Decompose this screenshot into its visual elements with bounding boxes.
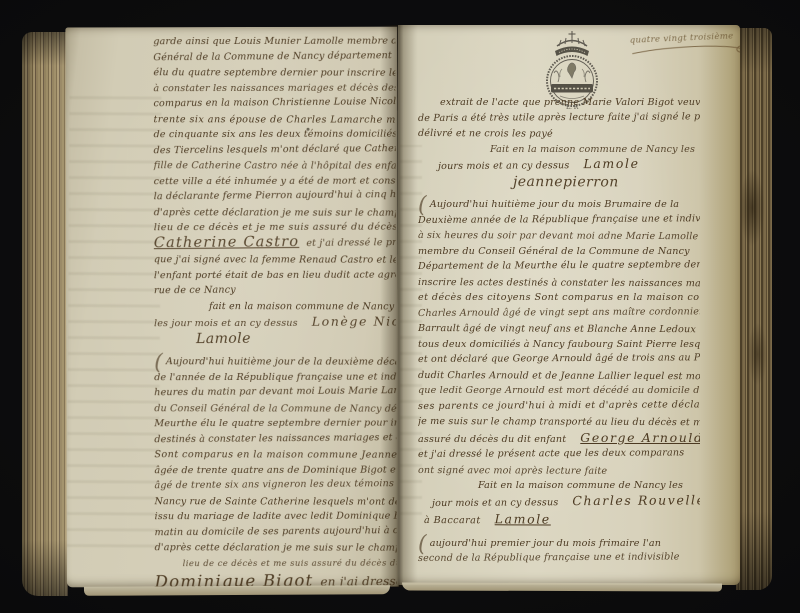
manuscript-line: jeannepierron (513, 175, 700, 191)
manuscript-line: ses parents ce jourd'hui à midi et d'apr… (418, 397, 700, 414)
manuscript-scan: garde ainsi que Louis Munier Lamolle mem… (0, 0, 800, 613)
manuscript-line: que j'ai signé avec la femme Renaud Cast… (154, 252, 396, 268)
manuscript-line: Aujourd'hui huitième jour de la deuxième… (154, 354, 396, 370)
manuscript-line: Général de la Commune de Nancy départeme… (153, 48, 395, 66)
right-page-text: extrait de l'acte que prenne Marie Valor… (418, 95, 700, 585)
manuscript-line: destinés à constater les naissances mari… (154, 430, 396, 448)
manuscript-line: des Tiercelins lesquels m'ont déclaré qu… (154, 141, 396, 159)
manuscript-page-left: garde ainsi que Louis Munier Lamolle mem… (65, 27, 398, 588)
manuscript-line: extrait de l'acte que prenne Marie Valor… (440, 95, 700, 111)
manuscript-line: lieu de ce décès et me suis assuré du dé… (183, 555, 397, 571)
manuscript-line: dudit Charles Arnould et de Jeanne Lalli… (418, 368, 700, 385)
ink-bleed-through (67, 87, 162, 558)
manuscript-line: fille de Catherine Castro née à l'hôpita… (154, 158, 396, 174)
under-page-edge-right (402, 582, 722, 591)
book-page-edges-left (22, 32, 68, 596)
manuscript-line: les jour mois et an cy dessusLonège Nico… (154, 314, 396, 332)
manuscript-line: Aujourd'hui huitième jour du mois Brumai… (418, 197, 700, 213)
manuscript-line: second de la République française une et… (418, 549, 700, 566)
manuscript-line: issu du mariage de ladite avec ledit Dom… (155, 509, 397, 525)
manuscript-line: d'après cette déclaration je me suis sur… (154, 205, 396, 221)
manuscript-line: trente six ans épouse de Charles Lamarch… (153, 112, 395, 128)
manuscript-line: rue de ce Nancy (154, 281, 396, 299)
manuscript-line: jours mois et an cy dessusLamole (438, 155, 700, 174)
manuscript-line: fait en la maison commune de Nancy (209, 299, 396, 315)
manuscript-line: Meurthe élu le quatre septembre dernier … (154, 416, 396, 432)
manuscript-line: heures du matin par devant moi Louis Mar… (154, 383, 396, 401)
manuscript-line: de Paris a été très utile après lecture … (418, 109, 700, 126)
folio-annotation: quatre vingt troisième (630, 30, 740, 60)
manuscript-line: Catherine Castroet j'ai dressé le présen… (154, 234, 396, 253)
manuscript-line: ont signé avec moi après lecture faite (418, 463, 700, 480)
manuscript-line: garde ainsi que Louis Munier Lamolle mem… (153, 34, 395, 50)
manuscript-line: inscrire les actes destinés à constater … (418, 275, 700, 292)
manuscript-line: Lamole (196, 330, 396, 347)
left-page-text: garde ainsi que Louis Munier Lamolle mem… (153, 34, 396, 588)
manuscript-line: la déclarante ferme Pierron aujourd'hui … (154, 187, 396, 205)
manuscript-line: Nancy rue de Sainte Catherine lesquels m… (154, 494, 396, 510)
manuscript-line: à BaccaratLamole (424, 511, 700, 530)
manuscript-line: comparus en la maison Christienne Louise… (153, 94, 395, 112)
manuscript-line: du Conseil Général de la Commune de Nanc… (154, 401, 396, 417)
manuscript-line: assuré du décès du dit enfantGeorge Arno… (418, 430, 700, 448)
manuscript-line: jour mois et an cy dessusCharles Rouvell… (432, 492, 700, 511)
manuscript-line: âgé de trente six ans vigneron les deux … (154, 476, 396, 494)
manuscript-line: délivré et ne crois les payé (418, 126, 700, 143)
manuscript-line: élu du quatre septembre dernier pour ins… (153, 65, 395, 81)
manuscript-line: et ont déclaré que George Arnould âgé de… (418, 350, 700, 367)
manuscript-line: Département de la Meurthe élu le quatre … (418, 257, 700, 274)
manuscript-line: Fait en la maison commune de Nancy les (478, 478, 700, 494)
book-fore-edge-right (736, 28, 772, 590)
manuscript-line: matin au domicile de ses parents aujourd… (155, 523, 397, 541)
manuscript-line: et décès des citoyens Sont comparus en l… (418, 290, 700, 306)
manuscript-page-right: L. R quatre vingt troisième extrait de l… (398, 25, 740, 585)
manuscript-line: et j'ai dressé le présent acte que les d… (418, 445, 700, 462)
manuscript-line: d'après cette déclaration je me suis sur… (155, 540, 397, 556)
manuscript-line: de cinquante six ans les deux témoins do… (154, 127, 396, 143)
manuscript-line: que ledit George Arnould est mort décédé… (418, 383, 700, 399)
under-page-edge-left (84, 585, 390, 596)
manuscript-line: Sont comparus en la maison commune Jeann… (154, 447, 396, 463)
manuscript-line: Charles Arnould âgé de vingt sept ans ma… (418, 304, 700, 321)
manuscript-line: Barrault âgé de vingt neuf ans et Blanch… (418, 321, 700, 338)
manuscript-line: Deuxième année de la République français… (418, 211, 700, 228)
manuscript-line: je me suis sur le champ transporté au li… (418, 414, 700, 431)
manuscript-line: à six heures du soir par devant moi adne… (418, 228, 700, 245)
